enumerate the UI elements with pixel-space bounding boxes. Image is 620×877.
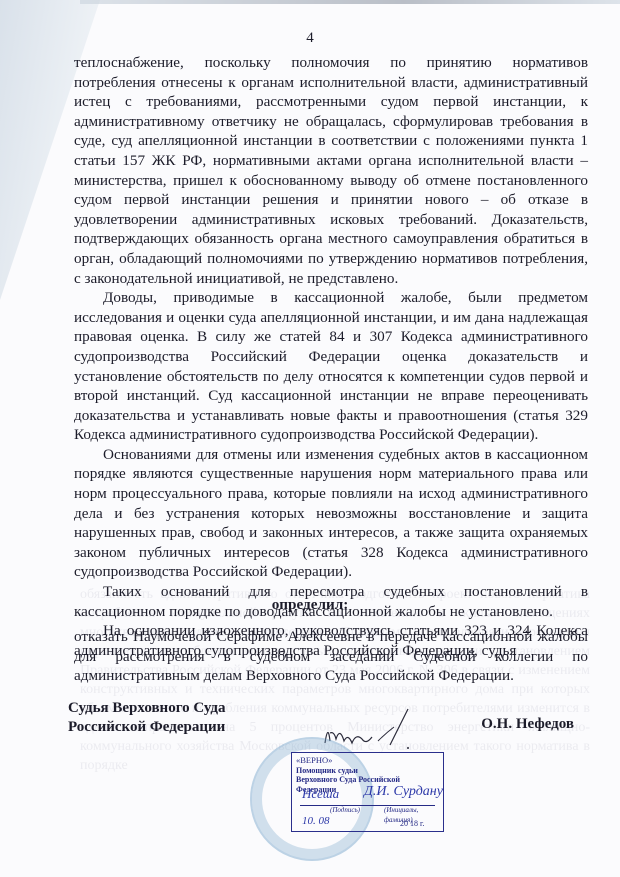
document-body: теплоснабжение, поскольку полномочия по … <box>74 53 588 660</box>
stamp-date: 10. 08 <box>302 817 330 827</box>
judge-title-line2: Российской Федерации <box>68 718 268 737</box>
certification-stamp: «ВЕРНО» Помощник судьи Верховного Суда Р… <box>291 752 444 832</box>
decision-heading: определил: <box>0 596 620 614</box>
judge-title-line1: Судья Верховного Суда <box>68 699 268 718</box>
paragraph: теплоснабжение, поскольку полномочия по … <box>74 53 588 288</box>
paragraph: Доводы, приводимые в кассационной жалобе… <box>74 288 588 445</box>
stamp-handwritten-signature: Нсеша <box>302 789 339 799</box>
judge-title: Судья Верховного Суда Российской Федерац… <box>68 699 268 737</box>
judge-name: О.Н. Нефедов <box>481 716 574 733</box>
stamp-year: 20 18 г. <box>400 819 424 829</box>
stamp-handwritten-name: Д.И. Сурдану <box>364 787 443 797</box>
stamp-role-line1: Помощник судьи <box>296 766 439 776</box>
paragraph: Основаниями для отмены или изменения суд… <box>74 445 588 582</box>
scan-top-edge <box>80 0 620 4</box>
decision-text: отказать Наумочевой Серафиме Алексеевне … <box>74 627 588 686</box>
stamp-caption-signature: (Подпись) <box>330 806 360 816</box>
page-number: 4 <box>0 30 620 47</box>
stamp-verno: «ВЕРНО» <box>296 756 439 766</box>
